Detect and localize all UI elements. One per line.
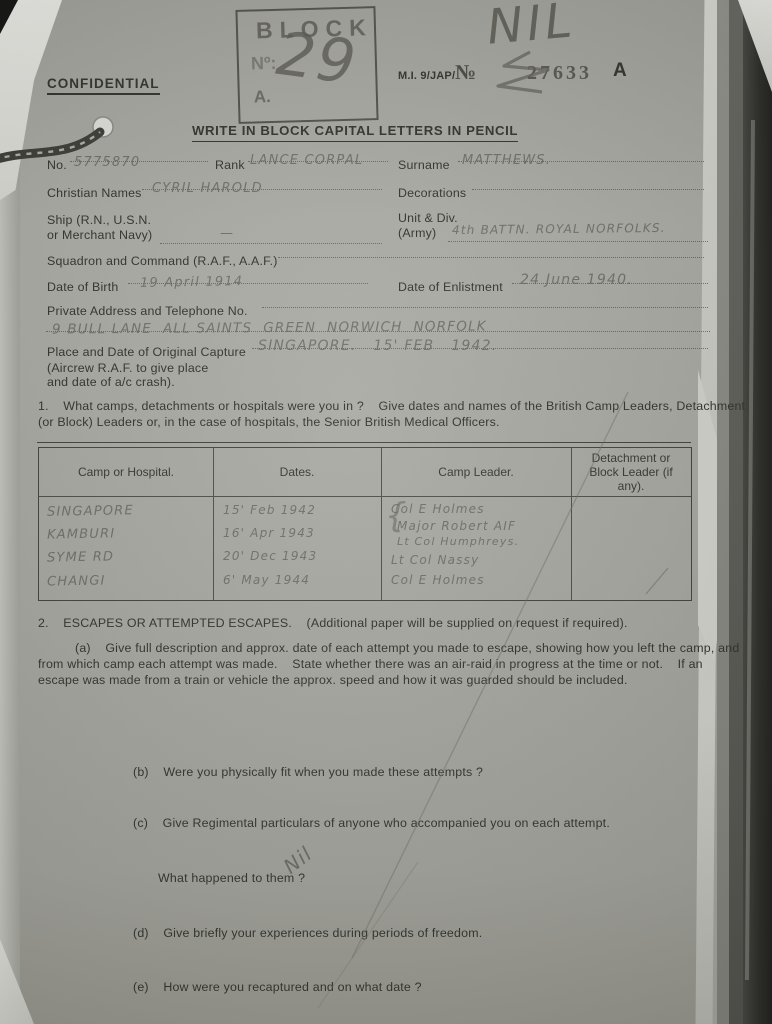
treasury-tag-string xyxy=(0,132,100,160)
pencil-stroke xyxy=(646,568,668,594)
crease-line xyxy=(352,392,628,958)
scanned-pow-questionnaire-page: CONFIDENTIAL BLOCK Nº: A. 29 NIL M.I. 9/… xyxy=(0,0,772,1024)
pencil-squiggle xyxy=(498,52,548,92)
scan-artifacts-overlay xyxy=(0,0,772,1024)
crease-line xyxy=(318,862,418,1008)
